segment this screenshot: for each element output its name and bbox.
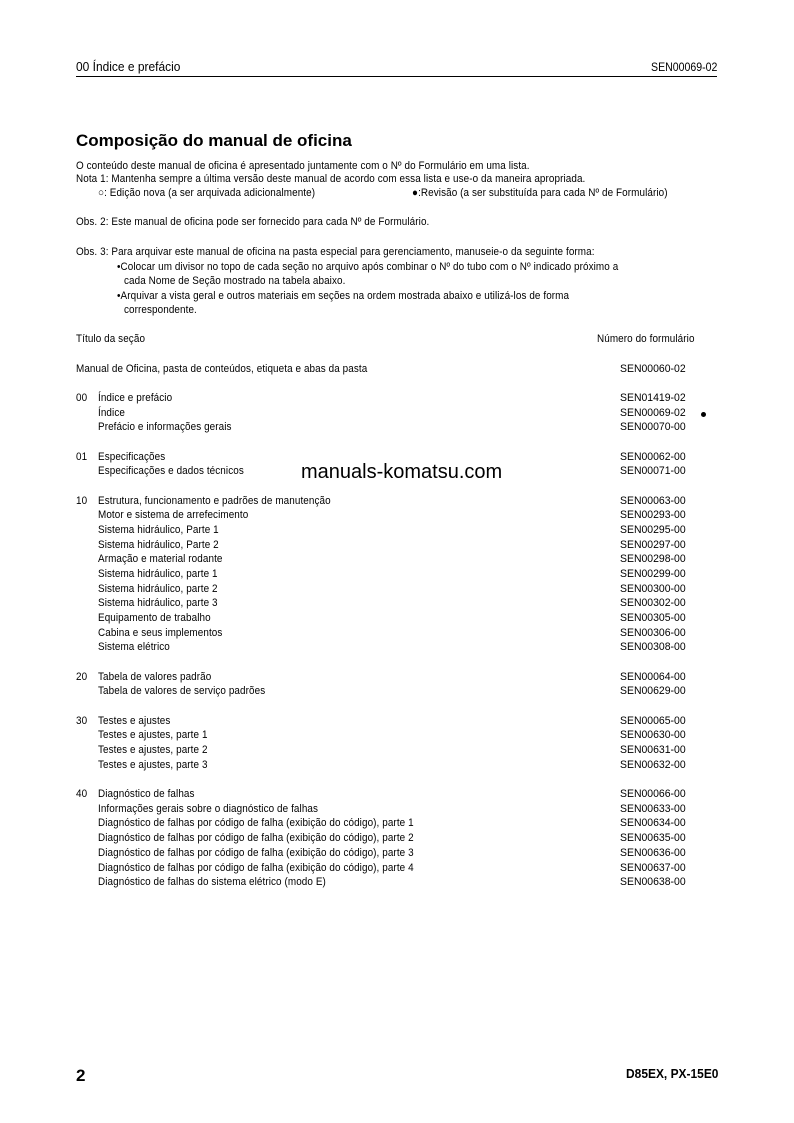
column-header-number: Número do formulário: [597, 333, 695, 345]
legend-new-edition: ○: Edição nova (a ser arquivada adiciona…: [98, 187, 315, 199]
obs-3: Obs. 3: Para arquivar este manual de ofi…: [76, 246, 595, 258]
form-number: SEN00633-00: [620, 803, 686, 815]
form-number: SEN00069-02: [620, 407, 686, 419]
form-number: SEN00293-00: [620, 509, 686, 521]
section-title: Especificações: [98, 451, 165, 463]
obs-3-bullet-2-cont: correspondente.: [124, 304, 197, 316]
section-title: Diagnóstico de falhas por código de falh…: [98, 847, 414, 859]
section-title: Cabina e seus implementos: [98, 627, 222, 639]
page-number: 2: [76, 1066, 85, 1086]
obs-3-bullet-1-cont: cada Nome de Seção mostrado na tabela ab…: [124, 275, 345, 287]
intro-text: O conteúdo deste manual de oficina é apr…: [76, 160, 530, 172]
section-number: 01: [76, 451, 87, 463]
section-title: Sistema hidráulico, Parte 1: [98, 524, 219, 536]
form-number: SEN01419-02: [620, 392, 686, 404]
section-title: Informações gerais sobre o diagnóstico d…: [98, 803, 318, 815]
section-title: Testes e ajustes, parte 3: [98, 759, 208, 771]
obs-2: Obs. 2: Este manual de oficina pode ser …: [76, 216, 429, 228]
form-number: SEN00062-00: [620, 451, 686, 463]
form-number: SEN00299-00: [620, 568, 686, 580]
section-title: Sistema hidráulico, parte 1: [98, 568, 218, 580]
header-section: 00 Índice e prefácio: [76, 59, 180, 74]
section-number: 40: [76, 788, 87, 800]
section-title: Índice e prefácio: [98, 392, 172, 404]
form-number: SEN00295-00: [620, 524, 686, 536]
form-number: SEN00070-00: [620, 421, 686, 433]
section-title: Sistema hidráulico, parte 2: [98, 583, 218, 595]
section-title: Tabela de valores padrão: [98, 671, 211, 683]
section-title: Diagnóstico de falhas do sistema elétric…: [98, 876, 326, 888]
obs-3-bullet-2: •Arquivar a vista geral e outros materia…: [117, 290, 569, 302]
section-title: Sistema hidráulico, Parte 2: [98, 539, 219, 551]
section-title: Sistema elétrico: [98, 641, 170, 653]
section-title: Armação e material rodante: [98, 553, 223, 565]
form-number: SEN00063-00: [620, 495, 686, 507]
page-header: 00 Índice e prefácio SEN00069-02: [76, 58, 717, 77]
form-number: SEN00305-00: [620, 612, 686, 624]
section-title: Tabela de valores de serviço padrões: [98, 685, 265, 697]
section-title: Testes e ajustes, parte 2: [98, 744, 208, 756]
section-number: 30: [76, 715, 87, 727]
section-title: Sistema hidráulico, parte 3: [98, 597, 218, 609]
section-title: Diagnóstico de falhas por código de falh…: [98, 817, 414, 829]
form-number: SEN00306-00: [620, 627, 686, 639]
section-title: Testes e ajustes, parte 1: [98, 729, 208, 741]
form-number: SEN00637-00: [620, 862, 686, 874]
form-number: SEN00634-00: [620, 817, 686, 829]
section-title: Testes e ajustes: [98, 715, 170, 727]
form-number: SEN00631-00: [620, 744, 686, 756]
section-number: 00: [76, 392, 87, 404]
section-title: Diagnóstico de falhas: [98, 788, 195, 800]
form-number: SEN00638-00: [620, 876, 686, 888]
form-number: SEN00064-00: [620, 671, 686, 683]
section-number: 10: [76, 495, 87, 507]
form-number: SEN00060-02: [620, 363, 686, 375]
page-title: Composição do manual de oficina: [76, 131, 352, 151]
section-title: Estrutura, funcionamento e padrões de ma…: [98, 495, 331, 507]
section-title: Diagnóstico de falhas por código de falh…: [98, 832, 414, 844]
form-number: SEN00071-00: [620, 465, 686, 477]
section-title: Prefácio e informações gerais: [98, 421, 232, 433]
column-header-title: Título da seção: [76, 333, 145, 345]
obs-3-bullet-1: •Colocar um divisor no topo de cada seçã…: [117, 261, 618, 273]
form-number: SEN00300-00: [620, 583, 686, 595]
section-title: Equipamento de trabalho: [98, 612, 211, 624]
section-title: Motor e sistema de arrefecimento: [98, 509, 248, 521]
legend-revision: ●:Revisão (a ser substituída para cada N…: [412, 187, 668, 199]
form-number: SEN00298-00: [620, 553, 686, 565]
watermark: manuals-komatsu.com: [301, 461, 502, 484]
section-title: Índice: [98, 407, 125, 419]
note-1: Nota 1: Mantenha sempre a última versão …: [76, 173, 585, 185]
section-title: Manual de Oficina, pasta de conteúdos, e…: [76, 363, 367, 375]
form-number: SEN00308-00: [620, 641, 686, 653]
form-number: SEN00629-00: [620, 685, 686, 697]
footer-model: D85EX, PX-15E0: [626, 1066, 718, 1081]
form-number: SEN00636-00: [620, 847, 686, 859]
form-number: SEN00632-00: [620, 759, 686, 771]
form-number: SEN00635-00: [620, 832, 686, 844]
section-title: Especificações e dados técnicos: [98, 465, 244, 477]
section-title: Diagnóstico de falhas por código de falh…: [98, 862, 414, 874]
section-number: 20: [76, 671, 87, 683]
form-number: SEN00297-00: [620, 539, 686, 551]
form-number: SEN00630-00: [620, 729, 686, 741]
form-number: SEN00066-00: [620, 788, 686, 800]
form-number: SEN00302-00: [620, 597, 686, 609]
form-number: SEN00065-00: [620, 715, 686, 727]
header-doc-number: SEN00069-02: [651, 60, 717, 74]
revision-mark-icon: [701, 412, 706, 417]
